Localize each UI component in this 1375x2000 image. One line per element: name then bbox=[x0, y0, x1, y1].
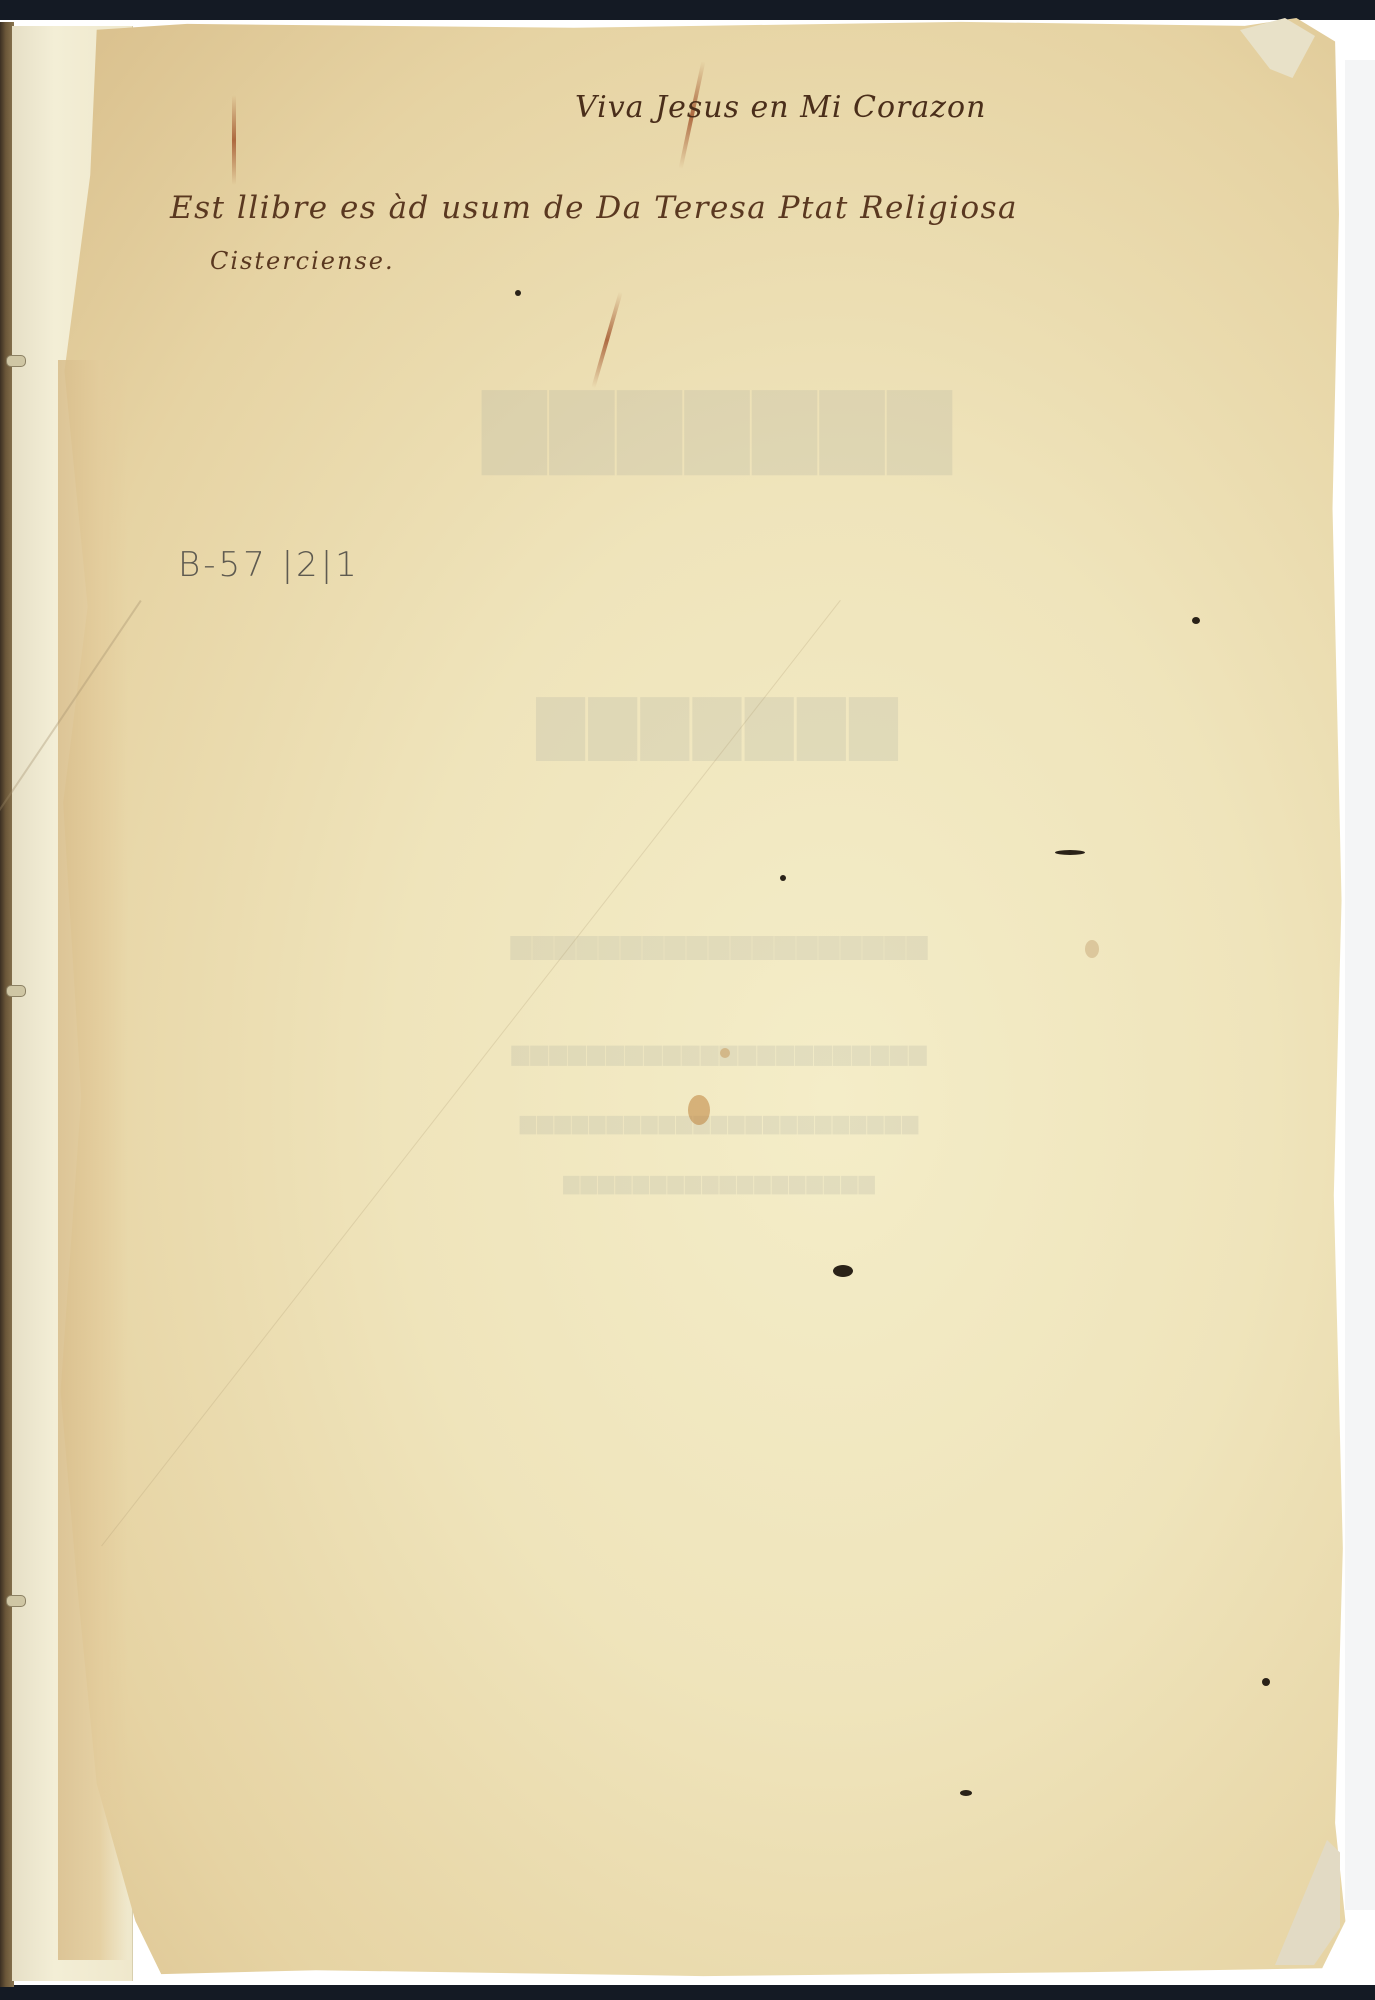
ink-speck bbox=[515, 290, 521, 296]
shelfmark: B-57 |2|1 bbox=[178, 545, 360, 585]
inscription-viva-jesus: Viva Jesus en Mi Corazon bbox=[575, 90, 986, 125]
ink-speck bbox=[1262, 1678, 1270, 1686]
show-through-text: ▇▇▇▇▇▇▇ bbox=[330, 690, 1110, 760]
scan-background-top bbox=[0, 0, 1375, 20]
title-page bbox=[58, 18, 1348, 1980]
worm-hole bbox=[833, 1265, 853, 1277]
scan-background-right bbox=[1345, 60, 1375, 1910]
rust-stain bbox=[232, 95, 236, 185]
ink-speck bbox=[780, 875, 786, 881]
show-through-text: ▆▆▆▆▆▆▆▆▆▆▆▆▆▆▆▆▆▆▆▆▆▆▆ bbox=[330, 1110, 1110, 1135]
scan-background-bottom bbox=[0, 1985, 1375, 2000]
inscription-cisterciense: Cisterciense. bbox=[210, 247, 395, 275]
foxing-spot bbox=[1085, 940, 1099, 958]
show-through-title: ▇▇▇▇▇▇▇ bbox=[330, 380, 1110, 474]
show-through-text: ▆▆▆▆▆▆▆▆▆▆▆▆▆▆▆▆▆▆ bbox=[330, 1170, 1110, 1195]
binding-thread-icon bbox=[6, 1595, 26, 1607]
foxing-spot bbox=[688, 1095, 710, 1125]
ink-speck bbox=[1192, 617, 1200, 624]
binding-thread-icon bbox=[6, 985, 26, 997]
torn-page-edge bbox=[58, 360, 128, 1960]
binding-thread-icon bbox=[6, 355, 26, 367]
inscription-ownership: Est llibre es àd usum de Da Teresa Ptat … bbox=[170, 190, 1018, 226]
worm-hole bbox=[1055, 850, 1085, 855]
show-through-text: ▆▆▆▆▆▆▆▆▆▆▆▆▆▆▆▆▆▆▆ bbox=[330, 930, 1110, 960]
ink-speck bbox=[960, 1790, 972, 1796]
foxing-spot bbox=[720, 1048, 730, 1058]
